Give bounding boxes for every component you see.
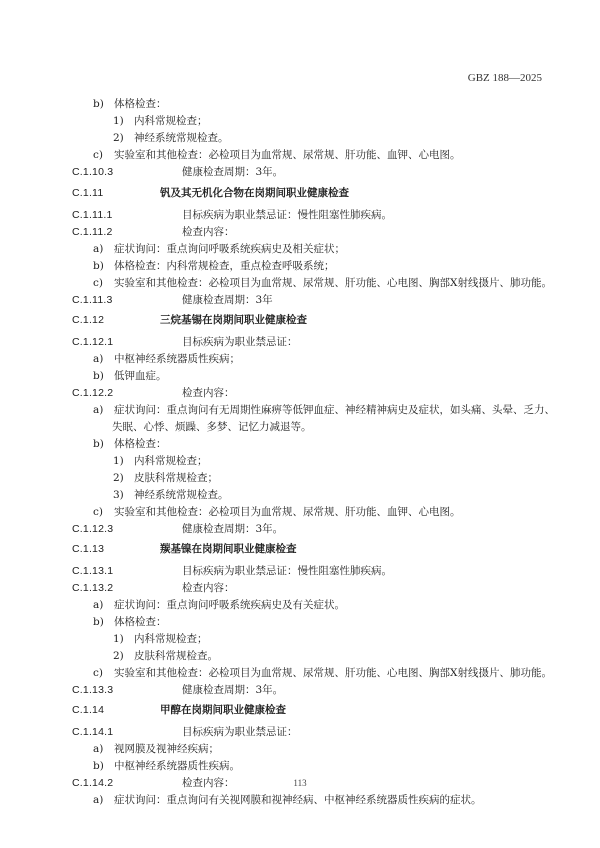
line-text: 钒及其无机化合物在岗期间职业健康检查	[160, 187, 349, 199]
line-text: 神经系统常规检查。	[134, 489, 229, 501]
clause-number: C.1.13	[72, 542, 160, 556]
line-text: 症状询问：重点询问呼吸系统疾病史及有关症状。	[114, 599, 345, 611]
line-text: 目标疾病为职业禁忌证：	[182, 726, 298, 738]
list-item: b)低钾血症。	[93, 369, 167, 383]
clause-line: C.1.12.2检查内容：	[72, 386, 235, 400]
clause-line: C.1.14.1目标疾病为职业禁忌证：	[72, 725, 298, 739]
list-marker: a)	[93, 742, 114, 756]
list-marker: 1)	[113, 632, 134, 646]
list-marker: 2)	[113, 471, 134, 485]
list-item: c)实验室和其他检查：必检项目为血常规、尿常规、肝功能、血钾、心电图。	[93, 148, 461, 162]
clause-number: C.1.11.3	[72, 293, 182, 307]
list-marker: b)	[93, 259, 114, 273]
line-text: 检查内容：	[182, 387, 235, 399]
list-item: 1)内科常规检查；	[113, 114, 208, 128]
line-text: 目标疾病为职业禁忌证：慢性阻塞性肺疾病。	[182, 565, 392, 577]
line-text: 皮肤科常规检查；	[134, 472, 218, 484]
list-marker: 3)	[113, 488, 134, 502]
line-text: 甲醇在岗期间职业健康检查	[160, 704, 286, 716]
line-text: 三烷基锡在岗期间职业健康检查	[160, 314, 307, 326]
clause-line: C.1.11.2检查内容：	[72, 225, 235, 239]
list-item: a)症状询问：重点询问呼吸系统疾病史及相关症状；	[93, 242, 345, 256]
list-item: 失眠、心悸、烦躁、多梦、记忆力减退等。	[112, 420, 312, 434]
line-text: 健康检查周期：3年。	[182, 166, 283, 178]
line-text: 皮肤科常规检查。	[134, 650, 218, 662]
clause-number: C.1.11.2	[72, 225, 182, 239]
list-marker: a)	[93, 598, 114, 612]
section-heading: C.1.13羰基镍在岗期间职业健康检查	[72, 542, 297, 556]
clause-number: C.1.12.1	[72, 335, 182, 349]
list-item: a)症状询问：重点询问有关视网膜和视神经病、中枢神经系统器质性疾病的症状。	[93, 793, 482, 807]
line-text: 神经系统常规检查。	[134, 132, 229, 144]
list-item: a)症状询问：重点询问有无周期性麻痹等低钾血症、神经精神病史及症状，如头痛、头晕…	[93, 403, 555, 417]
list-item: 3)神经系统常规检查。	[113, 488, 229, 502]
line-text: 视网膜及视神经疾病；	[114, 743, 219, 755]
list-item: c)实验室和其他检查：必检项目为血常规、尿常规、肝功能、血钾、心电图。	[93, 505, 461, 519]
list-item: b)体格检查：	[93, 437, 167, 451]
line-text: 目标疾病为职业禁忌证：慢性阻塞性肺疾病。	[182, 209, 392, 221]
list-marker: b)	[93, 615, 114, 629]
list-item: b)体格检查：	[93, 97, 167, 111]
clause-number: C.1.12.3	[72, 522, 182, 536]
clause-number: C.1.14	[72, 703, 160, 717]
list-item: a)症状询问：重点询问呼吸系统疾病史及有关症状。	[93, 598, 345, 612]
line-text: 症状询问：重点询问有关视网膜和视神经病、中枢神经系统器质性疾病的症状。	[114, 794, 482, 806]
clause-number: C.1.13.1	[72, 564, 182, 578]
list-marker: b)	[93, 759, 114, 773]
list-marker: b)	[93, 437, 114, 451]
list-marker: 2)	[113, 131, 134, 145]
line-text: 中枢神经系统器质性疾病；	[114, 353, 240, 365]
line-text: 内科常规检查；	[134, 455, 208, 467]
list-item: b)体格检查：	[93, 615, 167, 629]
line-text: 实验室和其他检查：必检项目为血常规、尿常规、肝功能、心电图、胸部X射线摄片、肺功…	[114, 277, 552, 289]
list-item: 1)内科常规检查；	[113, 454, 208, 468]
clause-line: C.1.12.3健康检查周期：3年。	[72, 522, 283, 536]
clause-number: C.1.13.2	[72, 581, 182, 595]
line-text: 失眠、心悸、烦躁、多梦、记忆力减退等。	[112, 421, 312, 433]
list-marker: a)	[93, 793, 114, 807]
line-text: 内科常规检查；	[134, 115, 208, 127]
list-item: 2)神经系统常规检查。	[113, 131, 229, 145]
clause-line: C.1.11.3健康检查周期：3年	[72, 293, 273, 307]
line-text: 实验室和其他检查：必检项目为血常规、尿常规、肝功能、血钾、心电图。	[114, 506, 461, 518]
clause-line: C.1.11.1目标疾病为职业禁忌证：慢性阻塞性肺疾病。	[72, 208, 392, 222]
list-marker: c)	[93, 276, 114, 290]
list-marker: 2)	[113, 649, 134, 663]
list-marker: a)	[93, 403, 114, 417]
line-text: 体格检查：	[114, 438, 167, 450]
page-number: 113	[0, 778, 600, 788]
line-text: 低钾血症。	[114, 370, 167, 382]
line-text: 实验室和其他检查：必检项目为血常规、尿常规、肝功能、心电图、胸部X射线摄片、肺功…	[114, 667, 552, 679]
line-text: 症状询问：重点询问有无周期性麻痹等低钾血症、神经精神病史及症状，如头痛、头晕、乏…	[114, 404, 555, 416]
line-text: 目标疾病为职业禁忌证：	[182, 336, 298, 348]
section-heading: C.1.11钒及其无机化合物在岗期间职业健康检查	[72, 186, 349, 200]
clause-number: C.1.11	[72, 186, 160, 200]
line-text: 健康检查周期：3年	[182, 294, 273, 306]
list-marker: 1)	[113, 114, 134, 128]
list-marker: a)	[93, 242, 114, 256]
clause-line: C.1.13.3健康检查周期：3年。	[72, 683, 283, 697]
clause-number: C.1.14.1	[72, 725, 182, 739]
line-text: 羰基镍在岗期间职业健康检查	[160, 543, 297, 555]
list-marker: a)	[93, 352, 114, 366]
line-text: 检查内容：	[182, 582, 235, 594]
list-marker: c)	[93, 505, 114, 519]
list-item: c)实验室和其他检查：必检项目为血常规、尿常规、肝功能、心电图、胸部X射线摄片、…	[93, 666, 552, 680]
clause-number: C.1.12	[72, 313, 160, 327]
line-text: 实验室和其他检查：必检项目为血常规、尿常规、肝功能、血钾、心电图。	[114, 149, 461, 161]
clause-number: C.1.11.1	[72, 208, 182, 222]
line-text: 中枢神经系统器质性疾病。	[114, 760, 240, 772]
list-item: 1)内科常规检查；	[113, 632, 208, 646]
clause-line: C.1.13.1目标疾病为职业禁忌证：慢性阻塞性肺疾病。	[72, 564, 392, 578]
list-item: 2)皮肤科常规检查；	[113, 471, 218, 485]
clause-line: C.1.10.3健康检查周期：3年。	[72, 165, 283, 179]
list-marker: b)	[93, 369, 114, 383]
line-text: 检查内容：	[182, 226, 235, 238]
line-text: 健康检查周期：3年。	[182, 684, 283, 696]
clause-number: C.1.12.2	[72, 386, 182, 400]
line-text: 体格检查：	[114, 98, 167, 110]
clause-number: C.1.13.3	[72, 683, 182, 697]
clause-line: C.1.12.1目标疾病为职业禁忌证：	[72, 335, 298, 349]
section-heading: C.1.12三烷基锡在岗期间职业健康检查	[72, 313, 307, 327]
list-item: 2)皮肤科常规检查。	[113, 649, 218, 663]
line-text: 体格检查：内科常规检查，重点检查呼吸系统；	[114, 260, 335, 272]
document-id-header: GBZ 188—2025	[468, 72, 542, 84]
list-marker: c)	[93, 666, 114, 680]
clause-number: C.1.10.3	[72, 165, 182, 179]
list-item: c)实验室和其他检查：必检项目为血常规、尿常规、肝功能、心电图、胸部X射线摄片、…	[93, 276, 552, 290]
line-text: 体格检查：	[114, 616, 167, 628]
list-item: b)中枢神经系统器质性疾病。	[93, 759, 240, 773]
list-marker: 1)	[113, 454, 134, 468]
line-text: 健康检查周期：3年。	[182, 523, 283, 535]
clause-line: C.1.13.2检查内容：	[72, 581, 235, 595]
line-text: 内科常规检查；	[134, 633, 208, 645]
list-marker: b)	[93, 97, 114, 111]
list-item: a)中枢神经系统器质性疾病；	[93, 352, 240, 366]
list-item: b)体格检查：内科常规检查，重点检查呼吸系统；	[93, 259, 335, 273]
list-marker: c)	[93, 148, 114, 162]
line-text: 症状询问：重点询问呼吸系统疾病史及相关症状；	[114, 243, 345, 255]
list-item: a)视网膜及视神经疾病；	[93, 742, 219, 756]
section-heading: C.1.14甲醇在岗期间职业健康检查	[72, 703, 286, 717]
